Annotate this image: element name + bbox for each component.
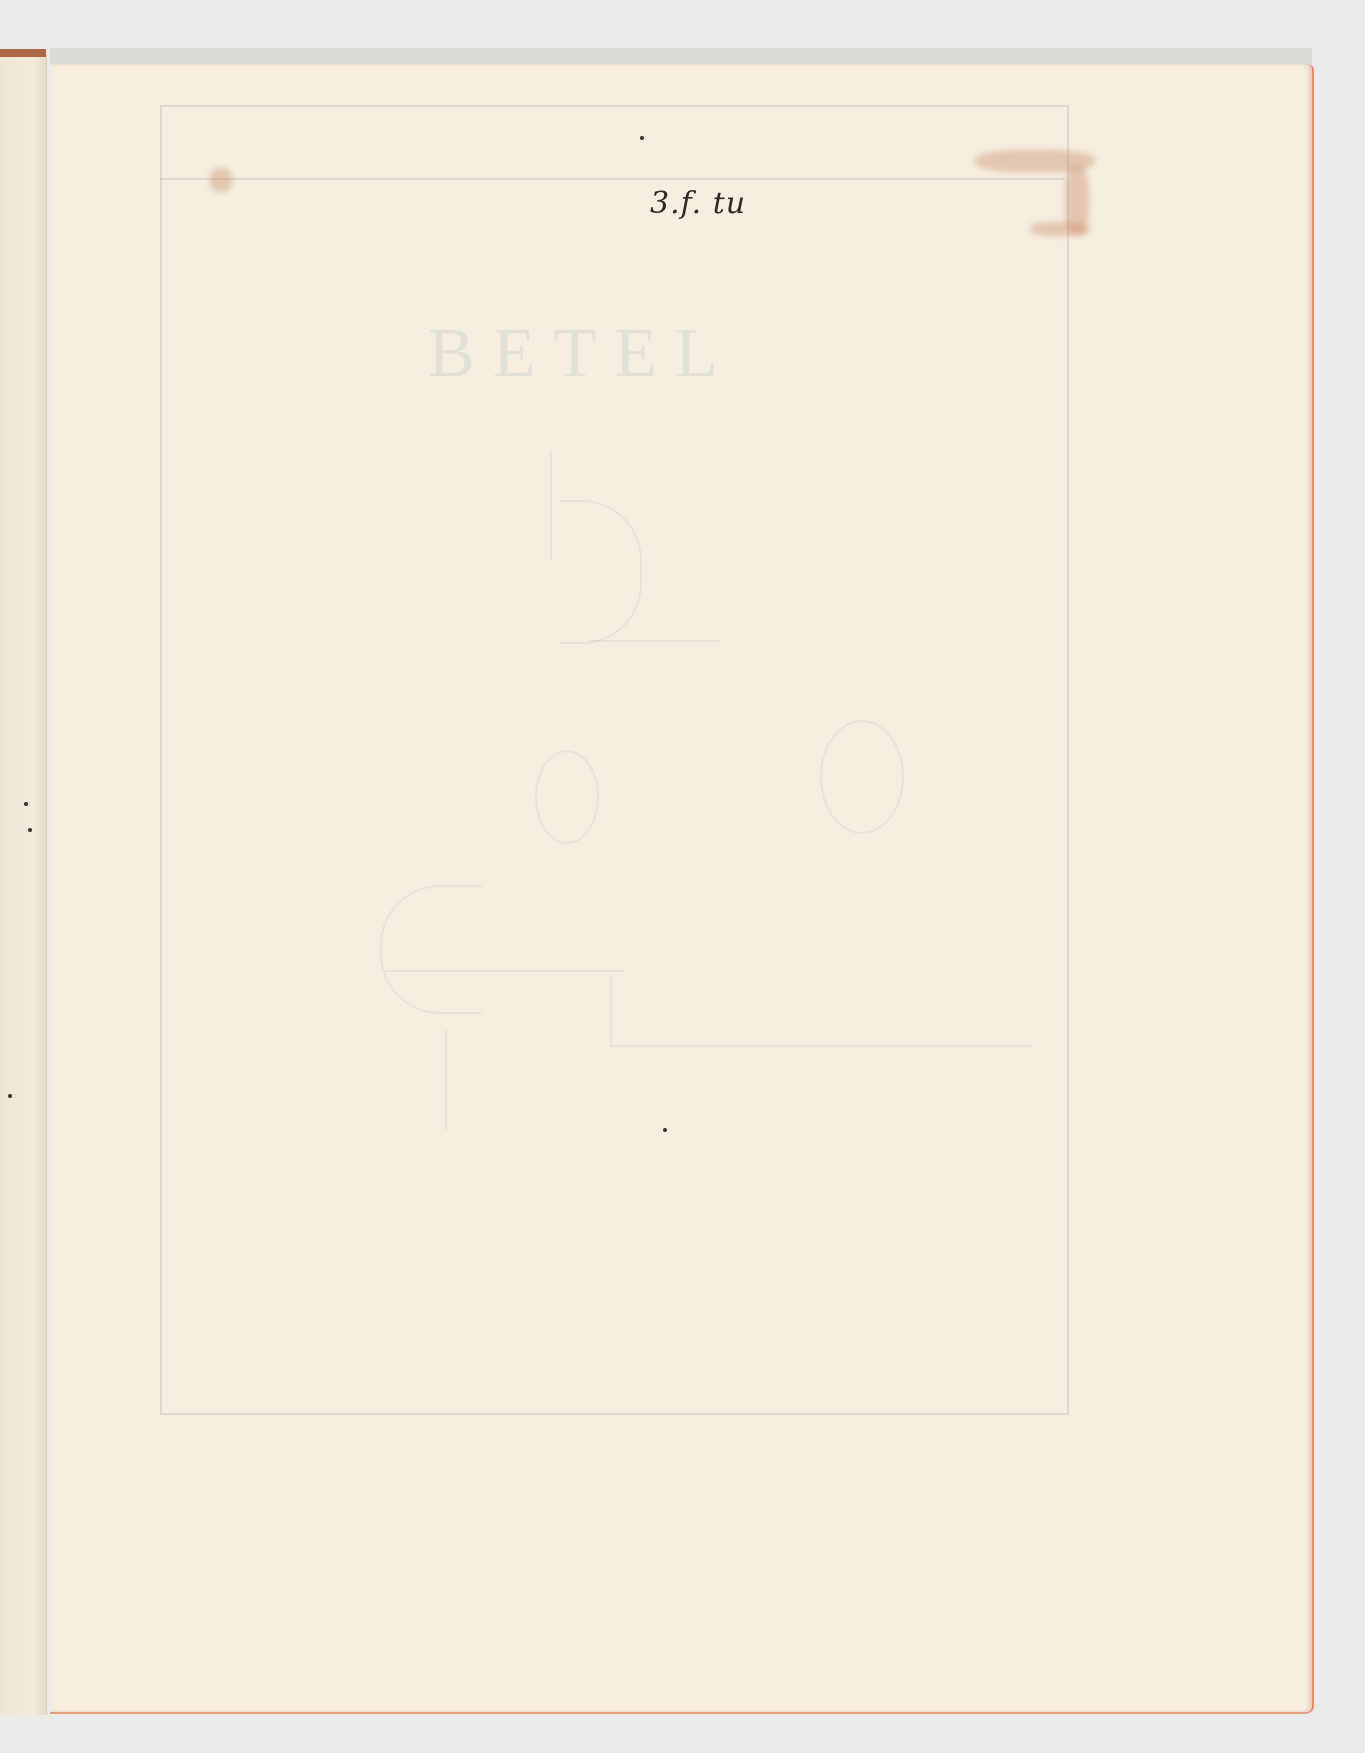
show-through-line xyxy=(385,970,625,972)
binding-edge xyxy=(0,49,46,57)
speck xyxy=(8,1094,12,1098)
show-through-stem xyxy=(550,450,552,560)
speck xyxy=(24,802,28,806)
plate-header-rule xyxy=(160,178,1065,180)
show-through-title: BETEL xyxy=(428,314,736,394)
show-through-loop xyxy=(820,720,904,834)
show-through-curve xyxy=(380,885,482,1014)
speck xyxy=(663,1128,667,1132)
show-through-bracket xyxy=(610,975,1032,1047)
show-through-stem xyxy=(445,1030,447,1130)
show-through-loop xyxy=(535,750,599,844)
handwritten-annotation: 3.f. tu xyxy=(650,186,746,221)
foxing-stain xyxy=(210,168,232,192)
foxing-stain xyxy=(1030,222,1090,236)
show-through-line xyxy=(590,640,720,642)
speck xyxy=(640,136,644,140)
speck xyxy=(28,828,32,832)
facing-page-edge xyxy=(0,55,47,1715)
plate-frame-show-through xyxy=(160,105,1069,1415)
scan-background-shadow xyxy=(50,48,1312,64)
